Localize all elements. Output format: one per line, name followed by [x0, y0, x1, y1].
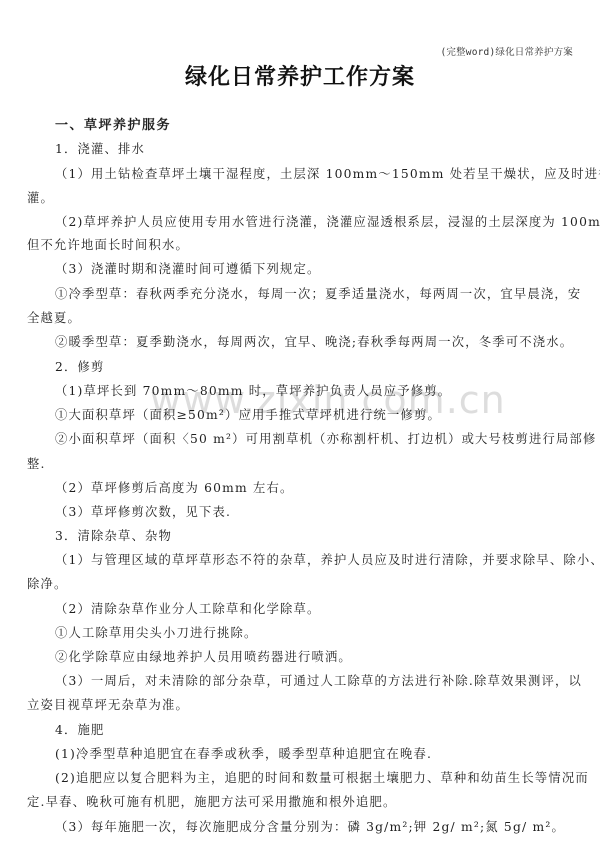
paragraph-line: 定.早春、晚秋可施有机肥，施肥方法可采用撒施和根外追肥。 — [27, 792, 397, 810]
paragraph-line: （2）草坪修剪后高度为 60mm 左右。 — [55, 478, 293, 496]
paragraph-line: 立姿目视草坪无杂草为准。 — [27, 695, 189, 713]
paragraph-line: (1)冷季型草种追肥宜在春季或秋季，暖季型草种追肥宜在晚春. — [55, 744, 432, 762]
paragraph-line: 灌。 — [27, 188, 54, 206]
paragraph-line: （3）一周后，对未清除的部分杂草，可通过人工除草的方法进行补除.除草效果测评，以 — [55, 671, 582, 689]
paragraph-line: ②化学除草应由绿地养护人员用喷药器进行喷洒。 — [55, 647, 352, 665]
paragraph-line: (2)追肥应以复合肥料为主，追肥的时间和数量可根据土壤肥力、草种和幼苗生长等情况… — [55, 768, 589, 786]
document-title: 绿化日常养护工作方案 — [0, 60, 600, 91]
paragraph-line: 除净。 — [27, 574, 68, 592]
paragraph-line: ②暖季型草：夏季勤浇水，每周两次，宜早、晚浇;春秋季每两周一次，冬季可不浇水。 — [55, 332, 573, 350]
paragraph-line: （3）每年施肥一次，每次施肥成分含量分别为：磷 3g/m²;钾 2g/ m²;氮… — [55, 817, 565, 835]
paragraph-line: （1）与管理区域的草坪草形态不符的杂草，养护人员应及时进行清除，并要求除早、除小… — [55, 550, 600, 568]
paragraph-line: ①冷季型草：春秋两季充分浇水，每周一次；夏季适量浇水，每两周一次，宜早晨浇，安 — [55, 284, 581, 302]
paragraph-line: 全越夏。 — [27, 308, 81, 326]
paragraph-line: （3）浇灌时期和浇灌时间可遵循下列规定。 — [55, 259, 320, 277]
header-note: (完整word)绿化日常养护方案 — [440, 44, 573, 58]
paragraph-line: ②小面积草坪（面积〈50 m²）可用割草机（亦称割杆机、打边机）或大号枝剪进行局… — [55, 429, 597, 447]
paragraph-line: （1)草坪长到 70mm～80mm 时，草坪养护负责人员应予修剪。 — [55, 381, 451, 399]
paragraph-line: （2)草坪养护人员应使用专用水管进行浇灌，浇灌应湿透根系层，浸湿的土层深度为 1… — [55, 212, 600, 230]
paragraph-line: （3）草坪修剪次数，见下表. — [55, 502, 231, 520]
paragraph-line: 2．修剪 — [55, 357, 105, 375]
paragraph-line: ①人工除草用尖头小刀进行挑除。 — [55, 623, 257, 641]
section-heading: 一、草坪养护服务 — [55, 114, 171, 133]
paragraph-line: 4．施肥 — [55, 720, 105, 738]
paragraph-line: （1）用土钻检查草坪土壤干湿程度，土层深 100mm～150mm 处若呈干燥状，… — [55, 164, 600, 182]
paragraph-line: （2）清除杂草作业分人工除草和化学除草。 — [55, 599, 320, 617]
paragraph-line: 但不允许地面长时间积水。 — [27, 235, 189, 253]
paragraph-line: 1．浇灌、排水 — [55, 139, 145, 157]
paragraph-line: 3．清除杂草、杂物 — [55, 526, 172, 544]
paragraph-line: ①大面积草坪（面积≥50m²）应用手推式草坪机进行统一修剪。 — [55, 405, 441, 423]
paragraph-line: 整. — [27, 454, 46, 472]
